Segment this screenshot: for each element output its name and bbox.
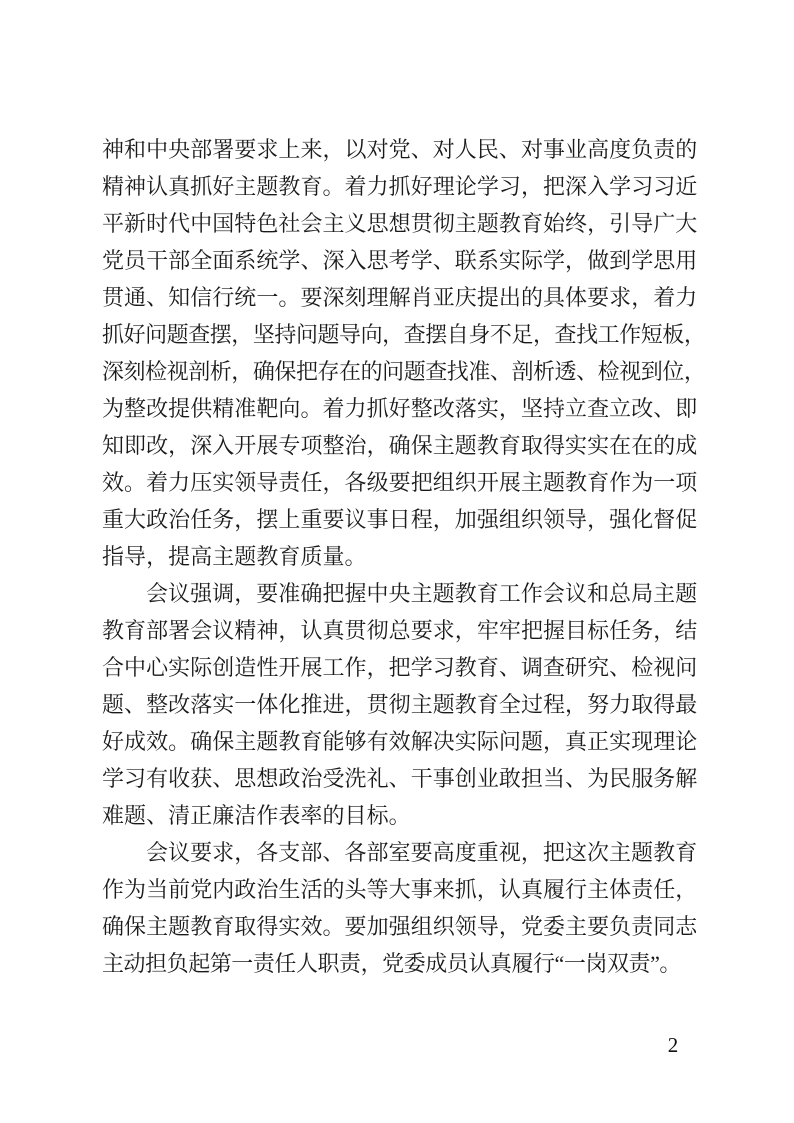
text-line: 党员干部全面系统学、深入思考学、联系实际学，做到学思用 <box>102 242 742 279</box>
text-line: 为整改提供精准靶向。着力抓好整改落实，坚持立查立改、即 <box>102 390 742 427</box>
text-line: 会议要求，各支部、各部室要高度重视，把这次主题教育 <box>102 834 742 871</box>
page-number: 2 <box>658 1031 688 1059</box>
paragraph-2: 会议强调，要准确把握中央主题教育工作会议和总局主题 教育部署会议精神，认真贯彻总… <box>102 575 742 834</box>
text-line: 学习有收获、思想政治受洗礼、干事创业敢担当、为民服务解 <box>102 760 742 797</box>
text-line: 重大政治任务，摆上重要议事日程，加强组织领导，强化督促 <box>102 501 742 538</box>
text-line: 指导，提高主题教育质量。 <box>102 538 742 575</box>
paragraph-3: 会议要求，各支部、各部室要高度重视，把这次主题教育 作为当前党内政治生活的头等大… <box>102 834 742 982</box>
text-line: 好成效。确保主题教育能够有效解决实际问题，真正实现理论 <box>102 723 742 760</box>
text-line: 题、整改落实一体化推进，贯彻主题教育全过程，努力取得最 <box>102 686 742 723</box>
document-body: 神和中央部署要求上来，以对党、对人民、对事业高度负责的 精神认真抓好主题教育。着… <box>102 131 742 982</box>
document-page: 神和中央部署要求上来，以对党、对人民、对事业高度负责的 精神认真抓好主题教育。着… <box>0 0 794 1123</box>
paragraph-1: 神和中央部署要求上来，以对党、对人民、对事业高度负责的 精神认真抓好主题教育。着… <box>102 131 742 575</box>
text-line: 效。着力压实领导责任，各级要把组织开展主题教育作为一项 <box>102 464 742 501</box>
text-line: 主动担负起第一责任人职责，党委成员认真履行“一岗双责”。 <box>102 945 742 982</box>
text-line: 抓好问题查摆，坚持问题导向，查摆自身不足，查找工作短板， <box>102 316 742 353</box>
text-line: 作为当前党内政治生活的头等大事来抓，认真履行主体责任， <box>102 871 742 908</box>
text-line: 会议强调，要准确把握中央主题教育工作会议和总局主题 <box>102 575 742 612</box>
text-line: 神和中央部署要求上来，以对党、对人民、对事业高度负责的 <box>102 131 742 168</box>
text-line: 合中心实际创造性开展工作，把学习教育、调查研究、检视问 <box>102 649 742 686</box>
text-line: 精神认真抓好主题教育。着力抓好理论学习，把深入学习习近 <box>102 168 742 205</box>
text-line: 平新时代中国特色社会主义思想贯彻主题教育始终，引导广大 <box>102 205 742 242</box>
text-line: 教育部署会议精神，认真贯彻总要求，牢牢把握目标任务，结 <box>102 612 742 649</box>
text-line: 知即改，深入开展专项整治，确保主题教育取得实实在在的成 <box>102 427 742 464</box>
text-line: 确保主题教育取得实效。要加强组织领导，党委主要负责同志 <box>102 908 742 945</box>
text-line: 难题、清正廉洁作表率的目标。 <box>102 797 742 834</box>
text-line: 贯通、知信行统一。要深刻理解肖亚庆提出的具体要求，着力 <box>102 279 742 316</box>
text-line: 深刻检视剖析，确保把存在的问题查找准、剖析透、检视到位， <box>102 353 742 390</box>
